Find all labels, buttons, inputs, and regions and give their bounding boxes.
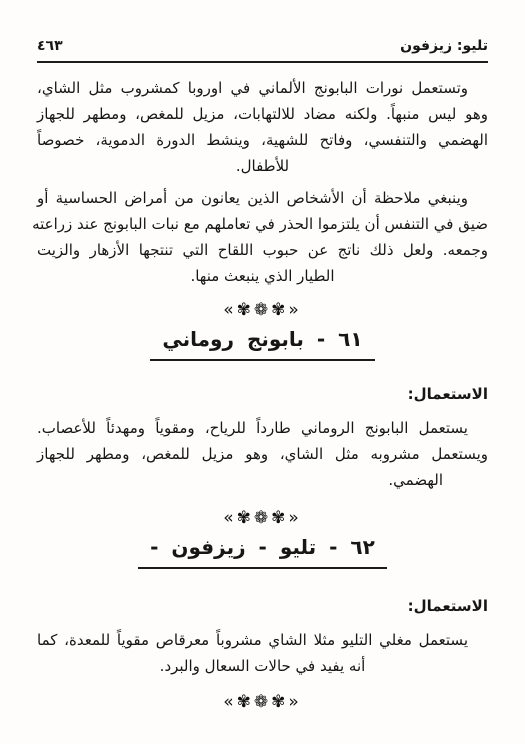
paragraph-roman-chamomile-usage: يستعمل البابونج الروماني طارداً للرياح، … (37, 415, 488, 493)
page-header: تليو: زيزفون ٤٦٣ (37, 38, 488, 63)
text-line: وينبغي ملاحظة أن الأشخاص الذين يعانون من… (37, 185, 488, 211)
text-line: يستعمل البابونج الروماني طارداً للرياح، … (37, 415, 488, 441)
text-line: وتستعمل نورات البابونج الألماني في اوروب… (37, 75, 488, 101)
section-heading-61: ٦١ - بابونج روماني (37, 327, 488, 361)
book-page: تليو: زيزفون ٤٦٣ وتستعمل نورات البابونج … (0, 0, 525, 744)
text-line: للأطفال. (37, 153, 488, 179)
fleuron-divider-icon: «✾❁✾» (37, 297, 488, 323)
paragraph-tilio-usage: يستعمل مغلي التليو مثلا الشاي مشروباً مع… (37, 627, 488, 679)
text-line: الطيار الذي ينبعث منها. (37, 263, 488, 289)
text-line: الهضمي. (37, 467, 488, 493)
usage-label-61: الاستعمال: (37, 385, 488, 403)
text-line: وجمعه. ولعل ذلك ناتج عن حبوب اللقاح التي… (37, 237, 488, 263)
text-line: ويستعمل مشروبه مثل الشاي، وهو مزيل للمغص… (37, 441, 488, 467)
section-heading-61-text: ٦١ - بابونج روماني (150, 327, 374, 361)
text-line: أنه يفيد في حالات السعال والبرد. (37, 653, 488, 679)
usage-label-62: الاستعمال: (37, 597, 488, 615)
paragraph-german-chamomile: وتستعمل نورات البابونج الألماني في اوروب… (37, 75, 488, 179)
running-title: تليو: زيزفون (400, 38, 488, 54)
fleuron-divider-icon: «✾❁✾» (37, 689, 488, 715)
fleuron-divider-icon: «✾❁✾» (37, 505, 488, 531)
section-heading-62: ٦٢ - تليو - زيزفون - (37, 535, 488, 569)
page-number: ٤٦٣ (37, 38, 63, 54)
text-line: ضيق في التنفس أن يلتزموا الحذر في تعامله… (37, 211, 488, 237)
text-line: وهو ليس منبهاً. ولكنه مضاد للالتهابات، م… (37, 101, 488, 127)
section-heading-62-text: ٦٢ - تليو - زيزفون - (138, 535, 387, 569)
text-line: يستعمل مغلي التليو مثلا الشاي مشروباً مع… (37, 627, 488, 653)
text-line: الهضمي والتنفسي، وفاتح للشهية، وينشط الد… (37, 127, 488, 153)
paragraph-allergy-warning: وينبغي ملاحظة أن الأشخاص الذين يعانون من… (37, 185, 488, 289)
